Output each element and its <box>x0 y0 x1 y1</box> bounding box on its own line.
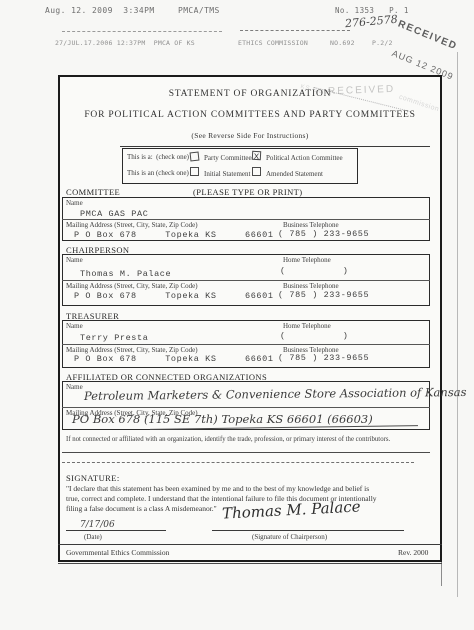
option-label-amended: Amended Statement <box>266 170 323 178</box>
committee-business-phone-value: ( 785 ) 233-9655 <box>278 229 369 239</box>
treasurer-home-phone-label: Home Telephone <box>283 322 331 330</box>
fax2-number: NO.692 <box>330 39 355 47</box>
treasurer-address-value: P O Box 678 Topeka KS 66601 <box>74 354 274 364</box>
chairperson-home-phone-label: Home Telephone <box>283 256 331 264</box>
fax-datetime: Aug. 12. 2009 3:34PM <box>45 6 155 15</box>
committee-divider <box>62 219 430 220</box>
committee-address-label: Mailing Address (Street, City, State, Zi… <box>66 221 198 229</box>
affiliated-name-label: Name <box>66 383 83 391</box>
checkbox-initial-statement <box>190 167 199 176</box>
committee-name-value: PMCA GAS PAC <box>80 209 148 219</box>
footer-revision: Rev. 2000 <box>398 548 428 557</box>
chairperson-divider <box>62 280 430 281</box>
scan-artifact-dashes <box>62 31 222 32</box>
treasurer-home-phone-value: ( ) <box>280 331 348 341</box>
affiliated-address-value: PO Box 678 (115 SE 7th) Topeka KS 66601 … <box>72 412 373 426</box>
signature-line <box>212 530 404 531</box>
date-line <box>66 530 166 531</box>
committee-section-header: COMMITTEE <box>66 187 120 197</box>
received-stamp: RECEIVED <box>396 19 459 53</box>
affiliated-note: If not connected or affiliated with an o… <box>66 436 428 443</box>
fax2-datetime: 27/JUL.17.2006 12:37PM PMCA OF KS <box>55 39 195 47</box>
footer-agency: Governmental Ethics Commission <box>66 548 169 557</box>
committee-name-label: Name <box>66 199 83 207</box>
option-label-initial: Initial Statement <box>204 170 250 178</box>
scan-edge-line-2 <box>441 562 442 586</box>
chairperson-business-phone-value: ( 785 ) 233-9655 <box>278 290 369 300</box>
checkbox-amended-statement <box>252 167 261 176</box>
committee-business-phone-label: Business Telephone <box>283 221 339 229</box>
chairperson-name-label: Name <box>66 256 83 264</box>
chairperson-business-phone-label: Business Telephone <box>283 282 339 290</box>
signature-label: (Signature of Chairperson) <box>252 533 327 541</box>
type-row1-label: This is a: (check one) <box>127 153 189 161</box>
scan-artifact-dashes-2 <box>240 30 350 31</box>
blank-line-2 <box>62 462 414 463</box>
fax2-recipient: ETHICS COMMISSION <box>238 39 308 47</box>
signature-section-header: SIGNATURE: <box>66 473 120 483</box>
fax-sender-id: PMCA/TMS <box>178 6 220 15</box>
treasurer-divider <box>62 344 430 345</box>
fax-page-number: No. 1353 P. 1 <box>335 6 409 15</box>
print-note: (PLEASE TYPE OR PRINT) <box>193 187 302 197</box>
chairperson-address-value: P O Box 678 Topeka KS 66601 <box>74 291 274 301</box>
type-row2-label: This is an (check one) <box>127 169 189 177</box>
blank-line-1 <box>62 452 430 453</box>
signature-date-handwriting: 7/17/06 <box>80 520 115 530</box>
scanned-fax-page: { "fax_header": { "line1_datetime": "Aug… <box>0 0 474 630</box>
chairperson-address-label: Mailing Address (Street, City, State, Zi… <box>66 282 198 290</box>
instructions-note: (See Reverse Side For Instructions) <box>58 131 442 140</box>
checkbox-party-committee <box>190 152 200 162</box>
ghost-received-stamp: RECEIVED <box>328 84 395 97</box>
scan-edge-line <box>457 52 458 597</box>
checkbox-political-action-committee: X <box>252 151 261 160</box>
option-label-pac: Political Action Committee <box>266 154 343 162</box>
footer-smudge-line <box>58 563 442 564</box>
treasurer-address-label: Mailing Address (Street, City, State, Zi… <box>66 346 198 354</box>
selector-top-rule <box>120 146 430 147</box>
chairperson-home-phone-value: ( ) <box>280 266 348 276</box>
treasurer-name-value: Terry Presta <box>80 333 148 343</box>
affiliated-divider <box>62 407 430 408</box>
date-label: (Date) <box>84 533 102 541</box>
treasurer-name-label: Name <box>66 322 83 330</box>
footer-divider <box>58 544 442 545</box>
option-label-party: Party Committee <box>204 154 252 162</box>
chairperson-name-value: Thomas M. Palace <box>80 269 171 279</box>
handwritten-fax-number: 276-2578 <box>345 13 399 31</box>
fax2-page: P.2/2 <box>372 39 393 47</box>
form-subtitle: FOR POLITICAL ACTION COMMITTEES AND PART… <box>58 110 442 120</box>
committee-address-value: P O Box 678 Topeka KS 66601 <box>74 230 274 240</box>
treasurer-business-phone-value: ( 785 ) 233-9655 <box>278 353 369 363</box>
